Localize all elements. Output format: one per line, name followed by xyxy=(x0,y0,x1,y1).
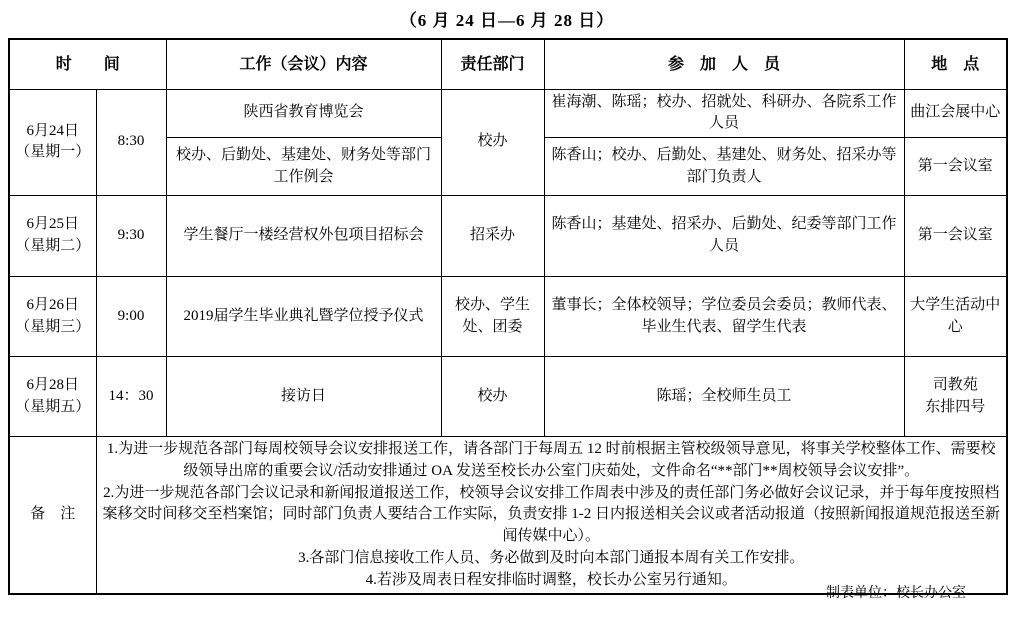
location-cell-wed: 大学生活动中 心 xyxy=(904,277,1007,357)
time-cell-wed: 9:00 xyxy=(96,277,166,357)
participants-cell-mon-2: 陈香山；校办、后勤处、基建处、财务处、招采办等部门负责人 xyxy=(544,138,904,196)
dept-cell-fri: 校办 xyxy=(441,357,544,437)
table-row-tue: 6月25日 （星期二） 9:30 学生餐厅一楼经营权外包项目招标会 招采办 陈香… xyxy=(9,196,1007,277)
time-cell-mon: 8:30 xyxy=(96,89,166,196)
notes-content: 1.为进一步规范各部门每周校领导会议安排报送工作，请各部门于每周五 12 时前根… xyxy=(96,437,1007,595)
footer-credit: 制表单位：校长办公室 xyxy=(826,582,966,602)
col-header-content: 工作（会议）内容 xyxy=(166,39,441,89)
location-cell-fri: 司教苑 东排四号 xyxy=(904,357,1007,437)
date-cell-mon: 6月24日 （星期一） xyxy=(9,89,96,196)
note-item-3: 3.各部门信息接收工作人员、务必做到及时向本部门通报本周有关工作安排。 xyxy=(102,548,1002,570)
table-header-row: 时 间 工作（会议）内容 责任部门 参 加 人 员 地 点 xyxy=(9,39,1007,89)
table-row-fri: 6月28日 （星期五） 14：30 接访日 校办 陈瑶；全校师生员工 司教苑 东… xyxy=(9,357,1007,437)
col-header-participants: 参 加 人 员 xyxy=(544,39,904,89)
dept-cell-tue: 招采办 xyxy=(441,196,544,277)
col-header-time: 时 间 xyxy=(9,39,166,89)
date-cell-fri: 6月28日 （星期五） xyxy=(9,357,96,437)
location-cell-mon-1: 曲江会展中心 xyxy=(904,89,1007,138)
participants-cell-wed: 董事长；全体校领导；学位委员会委员；教师代表、毕业生代表、留学生代表 xyxy=(544,277,904,357)
date-cell-tue: 6月25日 （星期二） xyxy=(9,196,96,277)
time-cell-tue: 9:30 xyxy=(96,196,166,277)
note-item-1: 1.为进一步规范各部门每周校领导会议安排报送工作，请各部门于每周五 12 时前根… xyxy=(102,439,1002,483)
notes-label: 备 注 xyxy=(9,437,96,595)
col-header-location: 地 点 xyxy=(904,39,1007,89)
table-row-mon-1: 6月24日 （星期一） 8:30 陕西省教育博览会 校办 崔海潮、陈瑶；校办、招… xyxy=(9,89,1007,138)
time-cell-fri: 14：30 xyxy=(96,357,166,437)
date-cell-wed: 6月26日 （星期三） xyxy=(9,277,96,357)
schedule-table: 时 间 工作（会议）内容 责任部门 参 加 人 员 地 点 6月24日 （星期一… xyxy=(8,38,1008,595)
content-cell-mon-2: 校办、后勤处、基建处、财务处等部门工作例会 xyxy=(166,138,441,196)
content-cell-mon-1: 陕西省教育博览会 xyxy=(166,89,441,138)
content-cell-fri: 接访日 xyxy=(166,357,441,437)
weekday-text: （星期五） xyxy=(15,397,91,419)
table-row-notes: 备 注 1.为进一步规范各部门每周校领导会议安排报送工作，请各部门于每周五 12… xyxy=(9,437,1007,595)
date-text: 6月25日 xyxy=(15,214,91,236)
participants-cell-fri: 陈瑶；全校师生员工 xyxy=(544,357,904,437)
note-item-2: 2.为进一步规范各部门会议记录和新闻报道报送工作，校领导会议安排工作周表中涉及的… xyxy=(102,483,1002,548)
location-cell-mon-2: 第一会议室 xyxy=(904,138,1007,196)
location-cell-tue: 第一会议室 xyxy=(904,196,1007,277)
weekly-schedule-document: （6 月 24 日—6 月 28 日） 时 间 工作（会议）内容 责任部门 参 … xyxy=(0,0,1014,620)
date-text: 6月24日 xyxy=(15,121,91,143)
weekday-text: （星期二） xyxy=(15,236,91,258)
content-cell-tue: 学生餐厅一楼经营权外包项目招标会 xyxy=(166,196,441,277)
date-text: 6月28日 xyxy=(15,375,91,397)
weekday-text: （星期一） xyxy=(15,142,91,164)
date-text: 6月26日 xyxy=(15,295,91,317)
col-header-dept: 责任部门 xyxy=(441,39,544,89)
dept-cell-mon: 校办 xyxy=(441,89,544,196)
table-row-wed: 6月26日 （星期三） 9:00 2019届学生毕业典礼暨学位授予仪式 校办、学… xyxy=(9,277,1007,357)
weekday-text: （星期三） xyxy=(15,317,91,339)
participants-cell-mon-1: 崔海潮、陈瑶；校办、招就处、科研办、各院系工作人员 xyxy=(544,89,904,138)
dept-cell-wed: 校办、学生处、团委 xyxy=(441,277,544,357)
content-cell-wed: 2019届学生毕业典礼暨学位授予仪式 xyxy=(166,277,441,357)
participants-cell-tue: 陈香山；基建处、招采办、后勤处、纪委等部门工作人员 xyxy=(544,196,904,277)
page-title: （6 月 24 日—6 月 28 日） xyxy=(0,6,1014,31)
